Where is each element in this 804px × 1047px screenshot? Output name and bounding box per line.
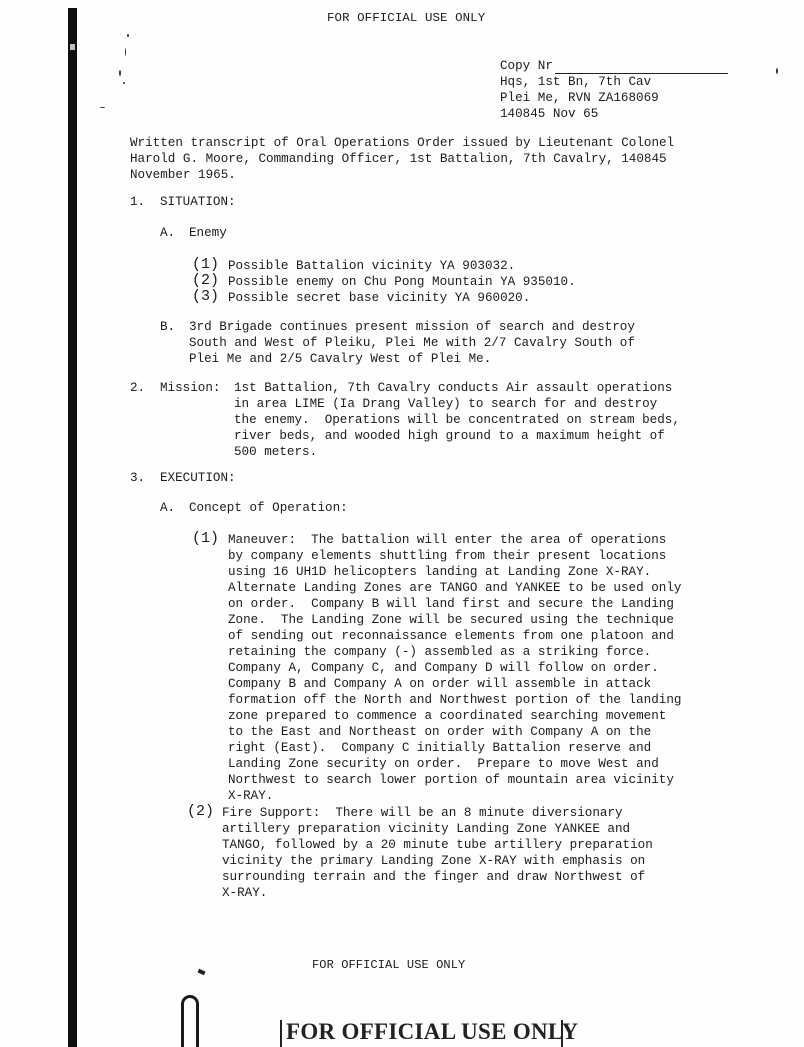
paragraph-line: Zone. The Landing Zone will be secured u… — [228, 612, 681, 628]
paragraph-line: artillery preparation vicinity Landing Z… — [222, 821, 653, 837]
item-number: (3) — [192, 289, 219, 305]
mission-paragraph: 1st Battalion, 7th Cavalry conducts Air … — [234, 380, 680, 460]
classification-footer: FOR OFFICIAL USE ONLY — [312, 957, 465, 973]
unit-line: Hqs, 1st Bn, 7th Cav — [500, 74, 659, 90]
item-number: (2) — [192, 273, 219, 289]
enemy-item: Possible secret base vicinity YA 960020. — [228, 290, 530, 306]
intro-line: November 1965. — [130, 167, 674, 183]
subsection-title-concept: Concept of Operation: — [189, 500, 348, 516]
staple-mark — [197, 969, 205, 976]
paragraph-line: X-RAY. — [222, 885, 653, 901]
paragraph-line: surrounding terrain and the finger and d… — [222, 869, 653, 885]
document-page: FOR OFFICIAL USE ONLY Copy Nr Hqs, 1st B… — [0, 0, 804, 1047]
section-title-situation: SITUATION: — [160, 194, 236, 210]
paragraph-line: right (East). Company C initially Battal… — [228, 740, 681, 756]
paragraph-line: Company A, Company C, and Company D will… — [228, 660, 681, 676]
paragraph-line: to the East and Northeast on order with … — [228, 724, 681, 740]
subsection-letter: A. — [160, 500, 175, 516]
paragraph-line: TANGO, followed by a 20 minute tube arti… — [222, 837, 653, 853]
intro-paragraph: Written transcript of Oral Operations Or… — [130, 135, 674, 183]
intro-line: Harold G. Moore, Commanding Officer, 1st… — [130, 151, 674, 167]
item-number: (2) — [187, 804, 214, 820]
scan-speck — [100, 107, 105, 108]
paragraph-line: retaining the company (-) assembled as a… — [228, 644, 681, 660]
enemy-item: Possible enemy on Chu Pong Mountain YA 9… — [228, 274, 576, 290]
copy-number-label: Copy Nr — [500, 58, 659, 74]
scan-speck — [127, 34, 129, 37]
subsection-title-enemy: Enemy — [189, 225, 227, 241]
section-number: 2. — [130, 380, 145, 396]
item-number: (1) — [192, 531, 219, 547]
subsection-letter: A. — [160, 225, 175, 241]
item-number: (1) — [192, 257, 219, 273]
classification-header: FOR OFFICIAL USE ONLY — [327, 10, 485, 26]
paragraph-line: Company B and Company A on order will as… — [228, 676, 681, 692]
scan-speck — [776, 68, 778, 74]
paragraph-line: of sending out reconnaissance elements f… — [228, 628, 681, 644]
section-number: 3. — [130, 470, 145, 486]
scan-speck — [125, 48, 126, 56]
paragraph-line: Alternate Landing Zones are TANGO and YA… — [228, 580, 681, 596]
section-title-execution: EXECUTION: — [160, 470, 236, 486]
classification-stamp: FOR OFFICIAL USE ONLY — [286, 1018, 578, 1046]
paragraph-line: 500 meters. — [234, 444, 680, 460]
paragraph-line: vicinity the primary Landing Zone X-RAY … — [222, 853, 653, 869]
paragraph-line: 3rd Brigade continues present mission of… — [189, 319, 635, 335]
stamp-border-left — [280, 1020, 282, 1047]
maneuver-paragraph: Maneuver: The battalion will enter the a… — [228, 532, 681, 804]
paragraph-line: the enemy. Operations will be concentrat… — [234, 412, 680, 428]
fire-support-paragraph: Fire Support: There will be an 8 minute … — [222, 805, 653, 901]
paragraph-line: 1st Battalion, 7th Cavalry conducts Air … — [234, 380, 680, 396]
subsection-letter: B. — [160, 319, 175, 335]
paragraph-line: South and West of Pleiku, Plei Me with 2… — [189, 335, 635, 351]
section-title-mission: Mission: — [160, 380, 220, 396]
location-line: Plei Me, RVN ZA168069 — [500, 90, 659, 106]
enemy-item: Possible Battalion vicinity YA 903032. — [228, 258, 515, 274]
paragraph-line: Plei Me and 2/5 Cavalry West of Plei Me. — [189, 351, 635, 367]
friendly-forces-paragraph: 3rd Brigade continues present mission of… — [189, 319, 635, 367]
paragraph-line: zone prepared to commence a coordinated … — [228, 708, 681, 724]
date-time-group: 140845 Nov 65 — [500, 106, 659, 122]
binding-mark — [70, 44, 75, 50]
paragraph-line: river beds, and wooded high ground to a … — [234, 428, 680, 444]
paragraph-line: Maneuver: The battalion will enter the a… — [228, 532, 681, 548]
paragraph-line: X-RAY. — [228, 788, 681, 804]
paragraph-line: formation off the North and Northwest po… — [228, 692, 681, 708]
binding-edge — [68, 8, 77, 1047]
copy-number-blank-line — [555, 73, 728, 74]
paragraph-line: Northwest to search lower portion of mou… — [228, 772, 681, 788]
intro-line: Written transcript of Oral Operations Or… — [130, 135, 674, 151]
section-number: 1. — [130, 194, 145, 210]
paragraph-line: on order. Company B will land first and … — [228, 596, 681, 612]
stamp-border-right — [561, 1020, 563, 1047]
heading-block: Copy Nr Hqs, 1st Bn, 7th Cav Plei Me, RV… — [500, 58, 659, 122]
paragraph-line: Fire Support: There will be an 8 minute … — [222, 805, 653, 821]
paper-clip-shadow — [181, 995, 199, 1047]
scan-speck — [119, 70, 121, 76]
paragraph-line: Landing Zone security on order. Prepare … — [228, 756, 681, 772]
paragraph-line: in area LIME (Ia Drang Valley) to search… — [234, 396, 680, 412]
scan-speck — [123, 82, 125, 84]
paragraph-line: using 16 UH1D helicopters landing at Lan… — [228, 564, 681, 580]
paragraph-line: by company elements shuttling from their… — [228, 548, 681, 564]
